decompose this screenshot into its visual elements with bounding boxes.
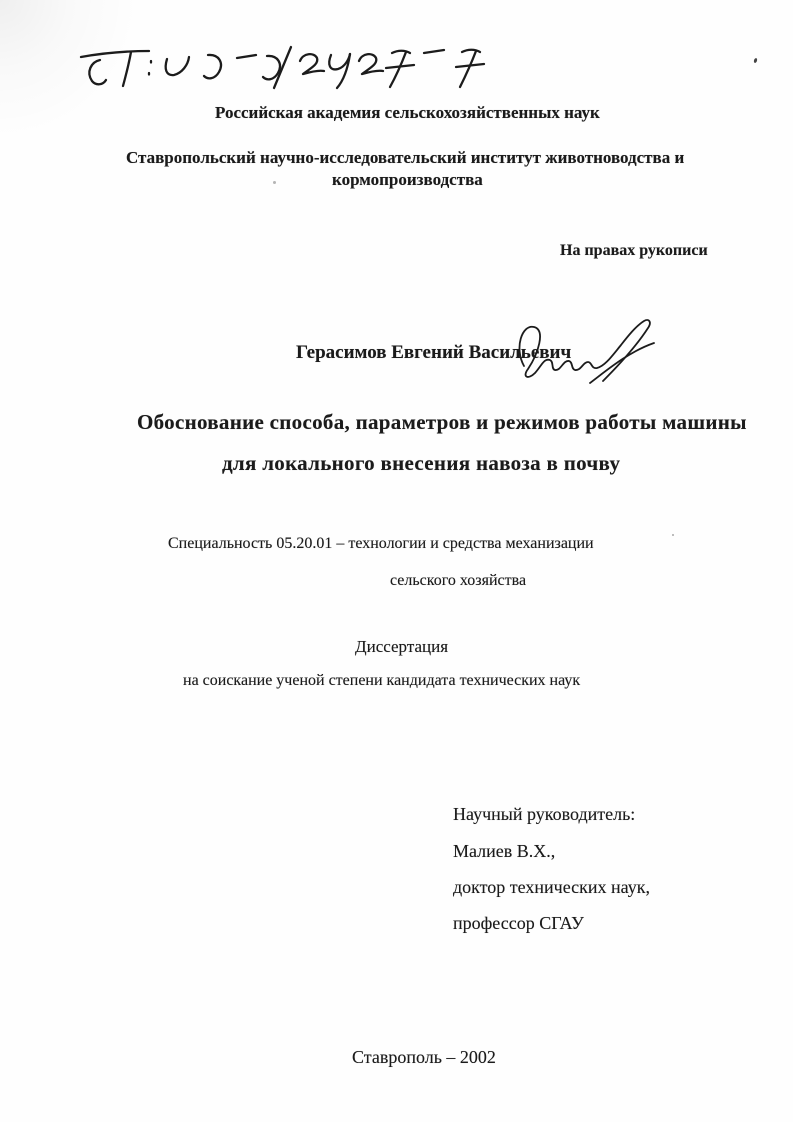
imprint-city-year: Ставрополь – 2002: [352, 1047, 496, 1068]
institute-name-line2: кормопроизводства: [332, 170, 483, 190]
thesis-type: Диссертация: [355, 637, 448, 657]
supervisor-name: Малиев В.Х.,: [453, 841, 555, 862]
supervisor-label: Научный руководитель:: [453, 804, 635, 825]
dissertation-title-line1: Обоснование способа, параметров и режимо…: [137, 410, 747, 434]
academy-name: Российская академия сельскохозяйственных…: [215, 103, 600, 123]
specialty-line1: Специальность 05.20.01 – технологии и ср…: [168, 535, 594, 553]
handwritten-call-number: [62, 40, 502, 102]
manuscript-note: На правах рукописи: [560, 242, 708, 260]
institute-name-line1: Ставропольский научно-исследовательский …: [126, 148, 684, 168]
supervisor-degree: доктор технических наук,: [453, 877, 650, 898]
scanned-page: Российская академия сельскохозяйственных…: [0, 0, 793, 1122]
scan-speck: [753, 58, 757, 64]
supervisor-title: профессор СГАУ: [453, 913, 584, 934]
author-signature-icon: [506, 314, 656, 386]
dissertation-title-line2: для локального внесения навоза в почву: [222, 451, 620, 475]
scan-speck: [672, 534, 674, 536]
scan-speck: [273, 181, 276, 184]
specialty-line2: сельского хозяйства: [390, 572, 526, 590]
thesis-degree-line: на соискание ученой степени кандидата те…: [183, 672, 580, 690]
